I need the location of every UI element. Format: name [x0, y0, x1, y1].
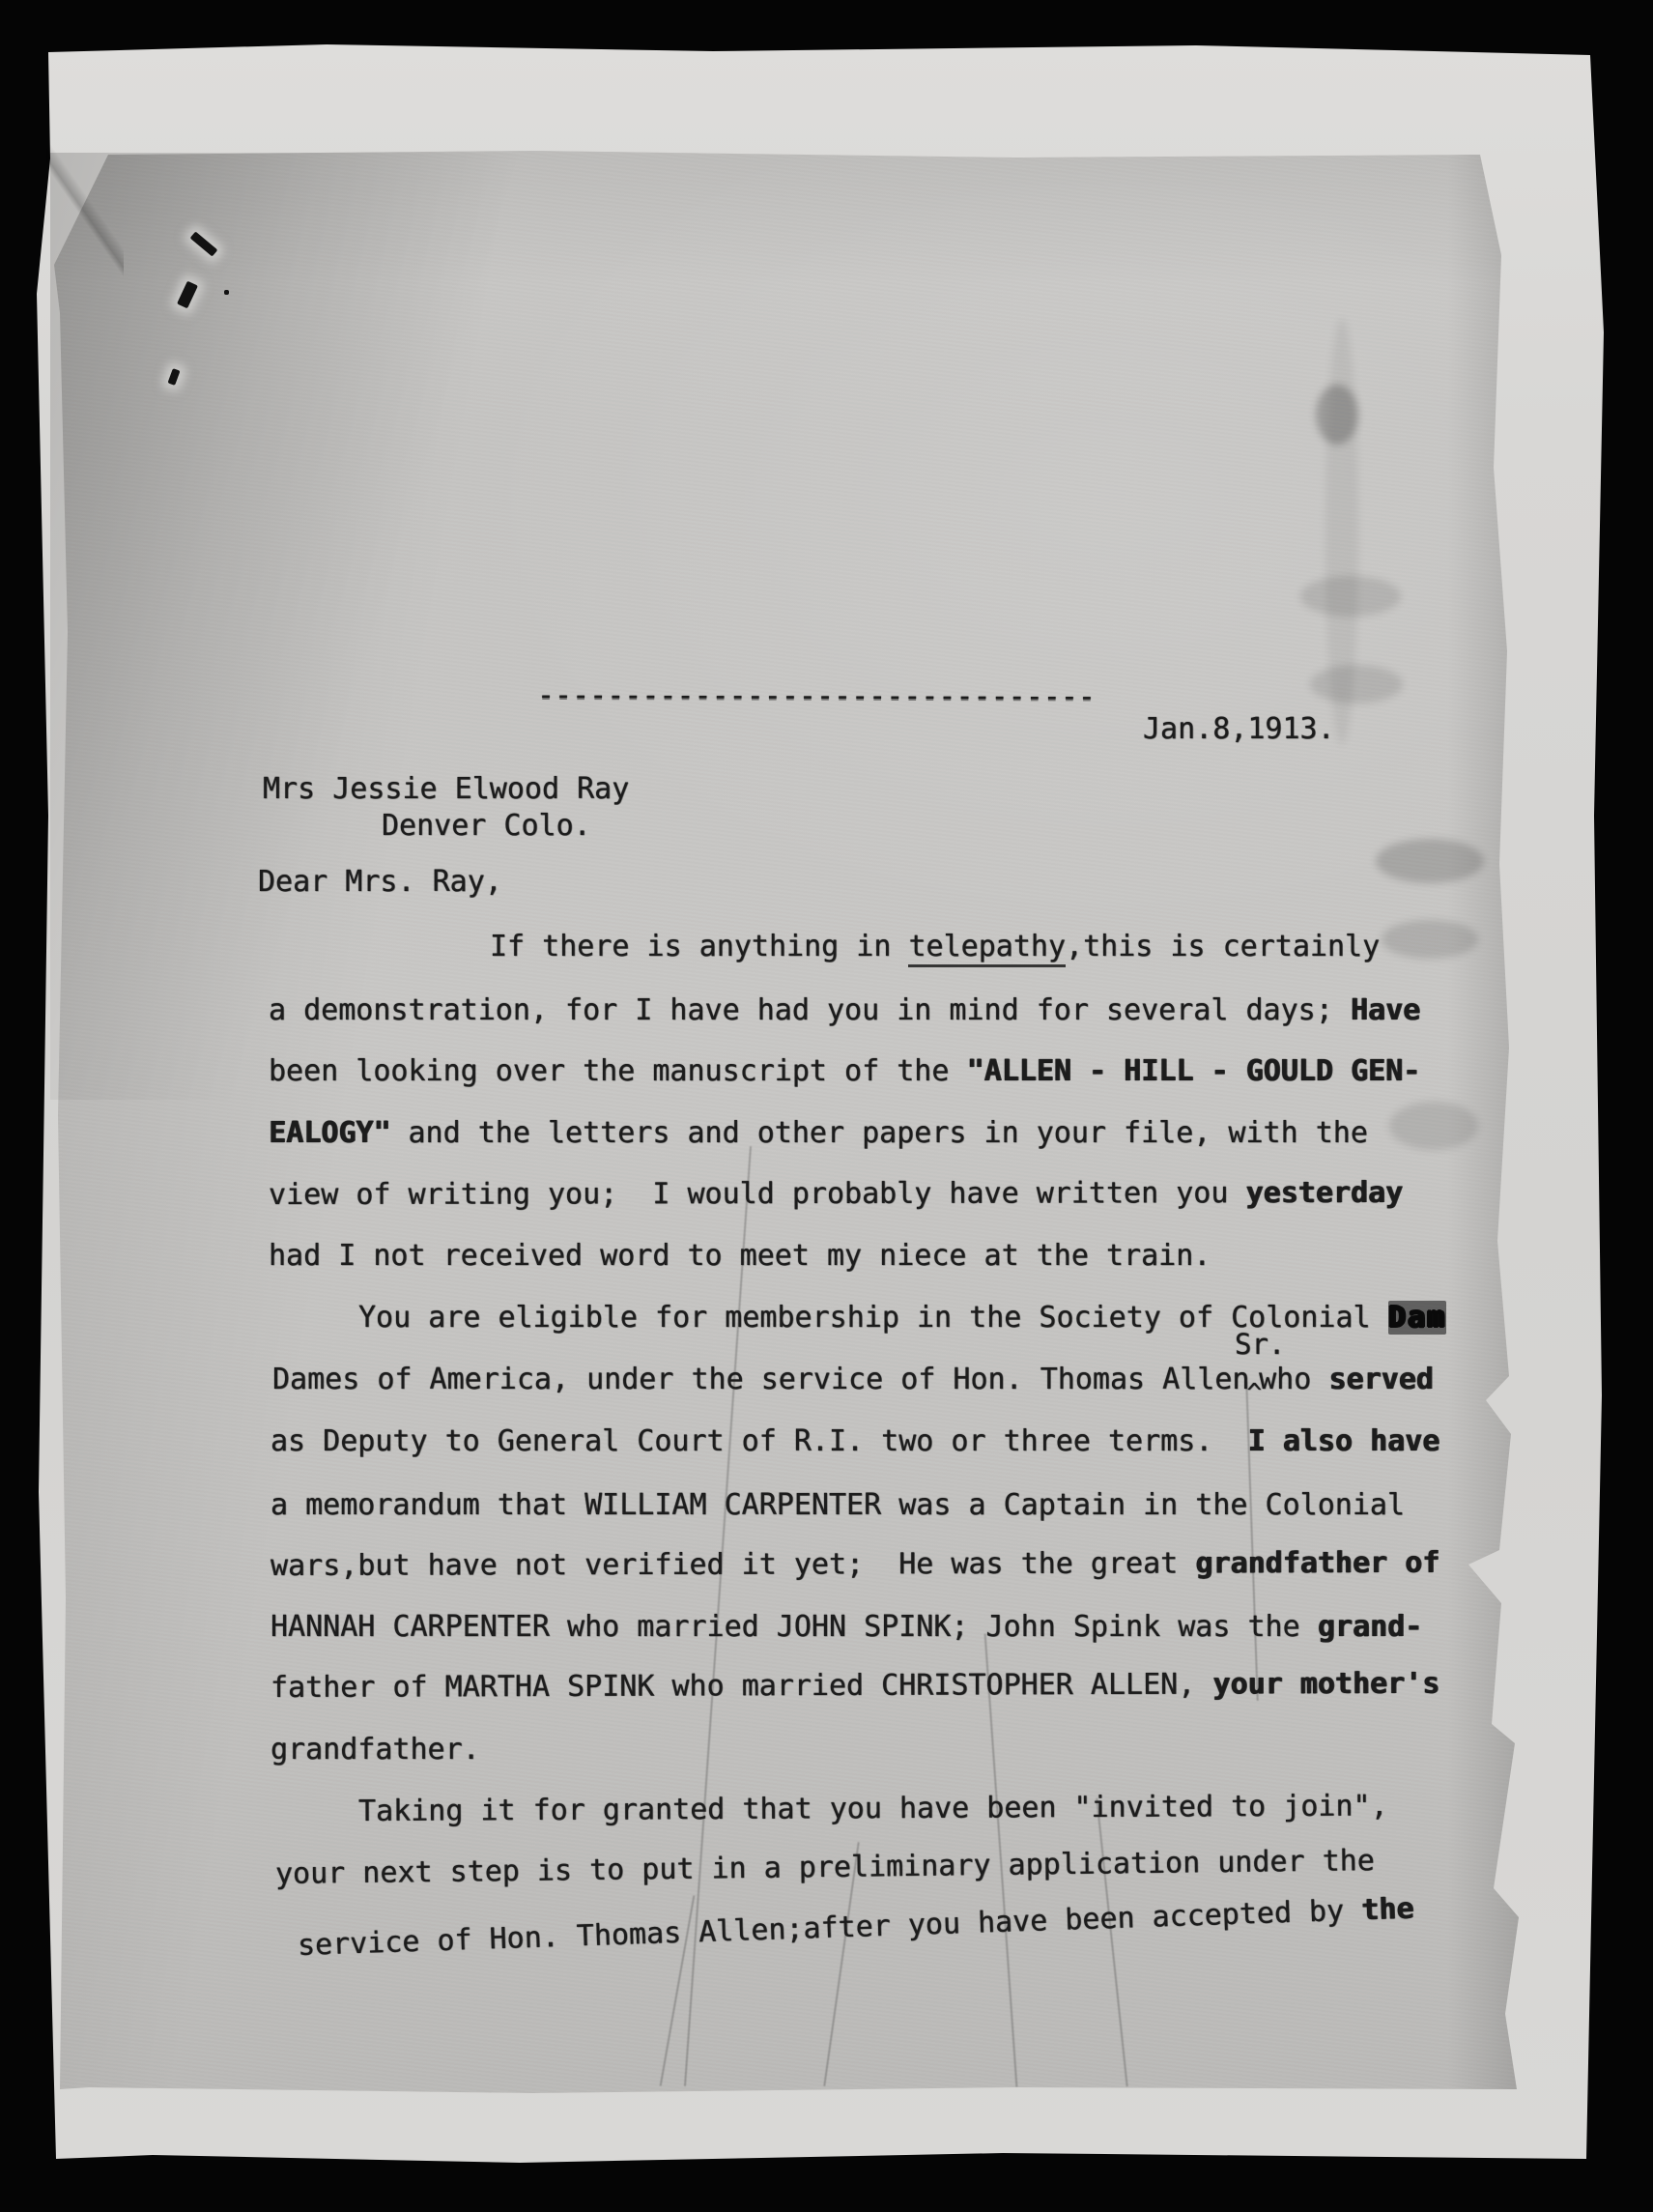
- text-segment: grand-: [1318, 1610, 1422, 1644]
- letter-line: as Deputy to General Court of R.I. two o…: [271, 1424, 1439, 1458]
- letter-line: grandfather.: [271, 1733, 480, 1767]
- text-segment: had I not received word to meet my niece…: [269, 1239, 1211, 1273]
- letter-line: father of MARTHA SPINK who married CHRIS…: [271, 1667, 1439, 1705]
- letter-line: wars,but have not verified it yet; He wa…: [271, 1546, 1439, 1583]
- recipient-name: Mrs Jessie Elwood Ray: [263, 772, 629, 806]
- insertion-sr: Sr.: [1235, 1328, 1285, 1361]
- letter-line: Sr.Dames of America, under the service o…: [272, 1363, 1434, 1396]
- text-segment: and the letters and other papers in your…: [390, 1116, 1367, 1150]
- text-segment: as Deputy to General Court of R.I. two o…: [271, 1424, 1247, 1458]
- letter-line: been looking over the manuscript of the …: [269, 1054, 1420, 1088]
- text-segment: your mother's: [1212, 1667, 1439, 1702]
- text-segment: Dames of America, under the service of H…: [272, 1363, 1249, 1396]
- text-segment: grandfather of: [1195, 1546, 1439, 1581]
- text-segment: been looking over the manuscript of the: [269, 1054, 966, 1088]
- letter-line: Taking it for granted that you have been…: [358, 1789, 1388, 1828]
- text-segment: a memorandum that WILLIAM CARPENTER was …: [271, 1488, 1405, 1522]
- recipient-city: Denver Colo.: [382, 809, 591, 843]
- text-segment: a demonstration, for I have had you in m…: [269, 993, 1351, 1027]
- text-segment: HANNAH CARPENTER who married JOHN SPINK;…: [271, 1610, 1318, 1644]
- letter-text: -------------------------------- Jan.8,1…: [0, 0, 1653, 2212]
- text-segment: father of MARTHA SPINK who married CHRIS…: [271, 1668, 1212, 1705]
- letter-line: service of Hon. Thomas Allen;after you h…: [297, 1892, 1413, 1963]
- text-segment: You are eligible for membership in the S…: [358, 1301, 1388, 1335]
- struck-word: Dam: [1388, 1301, 1446, 1335]
- text-segment: the: [1361, 1892, 1414, 1928]
- letter-line: EALOGY" and the letters and other papers…: [269, 1116, 1368, 1150]
- caret-mark: ^: [1246, 1379, 1262, 1408]
- date-line: Jan.8,1913.: [1143, 712, 1335, 746]
- text-segment: I also have: [1247, 1424, 1439, 1458]
- text-segment: ,this is certainly: [1066, 930, 1380, 963]
- text-segment: wars,but have not verified it yet; He wa…: [271, 1546, 1195, 1583]
- text-segment: served: [1328, 1363, 1433, 1396]
- letter-line: your next step is to put in a preliminar…: [275, 1844, 1375, 1891]
- letter-line: a memorandum that WILLIAM CARPENTER was …: [271, 1488, 1405, 1522]
- letter-line: HANNAH CARPENTER who married JOHN SPINK;…: [271, 1610, 1422, 1644]
- salutation: Dear Mrs. Ray,: [258, 865, 502, 899]
- text-segment: grandfather.: [271, 1733, 480, 1767]
- text-segment: If there is anything in: [490, 930, 908, 963]
- letter-line: If there is anything in telepathy,this i…: [490, 930, 1380, 963]
- text-segment: EALOGY": [269, 1116, 390, 1150]
- text-segment: view of writing you; I would probably ha…: [269, 1176, 1246, 1212]
- text-segment: your next step is to put in a preliminar…: [275, 1844, 1375, 1891]
- text-segment: yesterday: [1245, 1176, 1403, 1210]
- text-segment: telepathy: [908, 930, 1066, 967]
- scan-background: -------------------------------- Jan.8,1…: [0, 0, 1653, 2212]
- letter-line: had I not received word to meet my niece…: [269, 1239, 1211, 1273]
- text-segment: Taking it for granted that you have been…: [358, 1789, 1388, 1828]
- text-segment: Have: [1351, 993, 1420, 1027]
- text-segment: "ALLEN - HILL - GOULD GEN-: [966, 1054, 1420, 1088]
- letter-line: a demonstration, for I have had you in m…: [269, 993, 1420, 1027]
- text-segment: service of Hon. Thomas Allen;after you h…: [297, 1893, 1361, 1963]
- text-segment: who: [1259, 1363, 1328, 1396]
- letter-line: view of writing you; I would probably ha…: [269, 1176, 1403, 1212]
- typed-divider-line: --------------------------------: [537, 678, 1096, 714]
